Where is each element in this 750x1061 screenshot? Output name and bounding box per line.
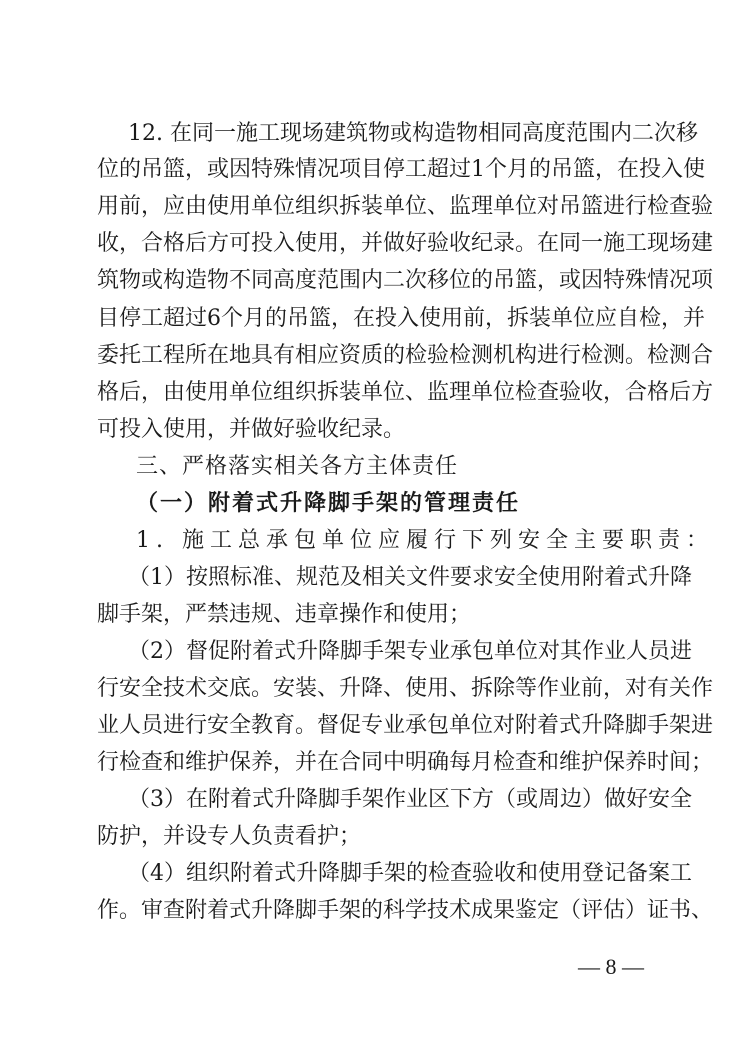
section-heading: 三、严格落实相关各方主体责任 [136, 448, 458, 485]
subsection-heading: （一）附着式升降脚手架的管理责任 [136, 485, 520, 522]
subitem-1-line-2: 脚手架，严禁违规、违章操作和使用； [97, 596, 653, 633]
subitem-1-line-1: （1）按照标准、规范及相关文件要求安全使用附着式升降 [128, 559, 653, 596]
paragraph-12-line-3: 用前，应由使用单位组织拆装单位、监理单位对吊篮进行检查验 [97, 188, 653, 225]
subitem-4-line-1: （4）组织附着式升降脚手架的检查验收和使用登记备案工 [128, 855, 653, 892]
paragraph-12-line-2: 位的吊篮，或因特殊情况项目停工超过1个月的吊篮，在投入使 [97, 151, 653, 188]
paragraph-12-line-4: 收，合格后方可投入使用，并做好验收纪录。在同一施工现场建 [97, 225, 653, 262]
paragraph-12-line-7: 委托工程所在地具有相应资质的检验检测机构进行检测。检测合 [97, 337, 653, 374]
subitem-4-line-2: 作。审查附着式升降脚手架的科学技术成果鉴定（评估）证书、 [97, 892, 653, 929]
paragraph-12-line-5: 筑物或构造物不同高度范围内二次移位的吊篮，或因特殊情况项 [97, 262, 653, 299]
subitem-2-line-2: 行安全技术交底。安装、升降、使用、拆除等作业前，对有关作 [97, 670, 653, 707]
subitem-2-line-3: 业人员进行安全教育。督促专业承包单位对附着式升降脚手架进 [97, 707, 653, 744]
paragraph-12-line-1: 12. 在同一施工现场建筑物或构造物相同高度范围内二次移 [128, 115, 653, 152]
page-number: — 8 — [578, 952, 644, 982]
document-page: 12. 在同一施工现场建筑物或构造物相同高度范围内二次移 位的吊篮，或因特殊情况… [0, 0, 750, 1061]
subitem-2-line-4: 行检查和维护保养，并在合同中明确每月检查和维护保养时间； [97, 744, 653, 781]
paragraph-12-line-9: 可投入使用，并做好验收纪录。 [97, 411, 653, 448]
subitem-3-line-2: 防护，并设专人负责看护； [97, 818, 653, 855]
subitem-3-line-1: （3）在附着式升降脚手架作业区下方（或周边）做好安全 [128, 781, 653, 818]
subitem-2-line-1: （2）督促附着式升降脚手架专业承包单位对其作业人员进 [128, 633, 653, 670]
paragraph-12-line-6: 目停工超过6个月的吊篮，在投入使用前，拆装单位应自检，并 [97, 300, 653, 337]
paragraph-12-line-8: 格后，由使用单位组织拆装单位、监理单位检查验收，合格后方 [97, 374, 653, 411]
item-1-title: 1. 施工总承包单位应履行下列安全主要职责： [136, 522, 714, 559]
